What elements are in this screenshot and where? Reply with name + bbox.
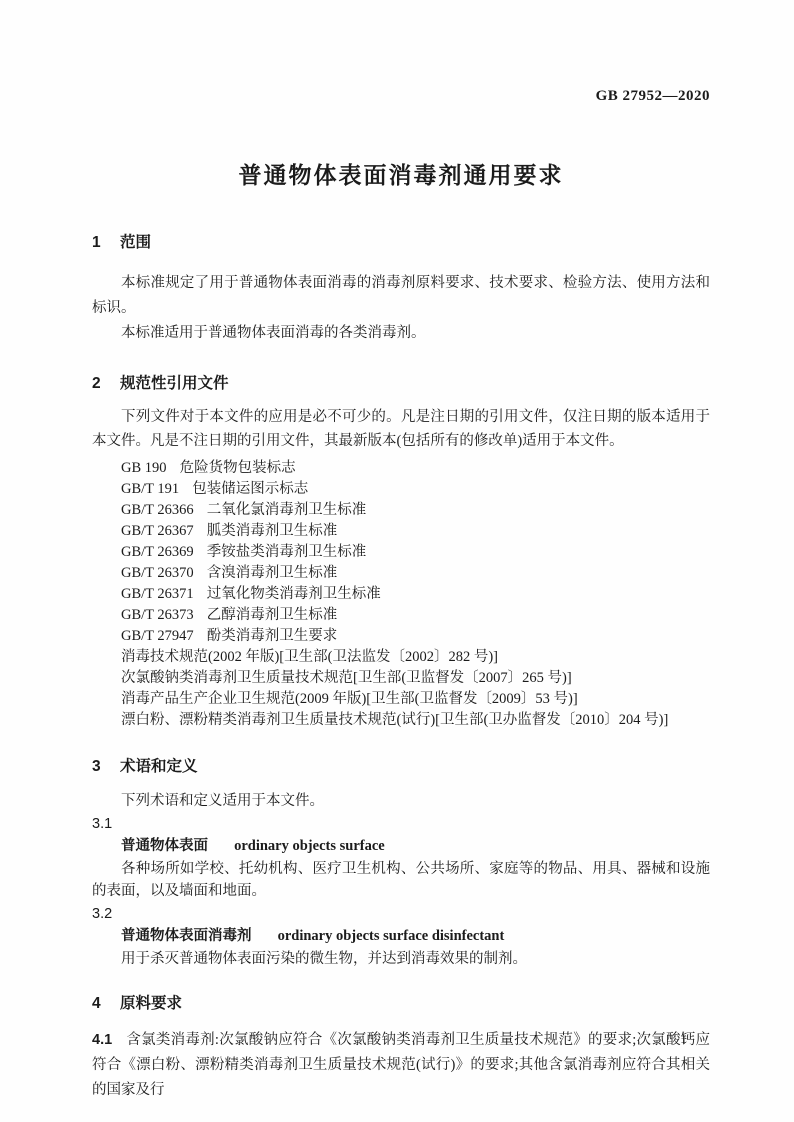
- reference-code: GB/T 26367: [121, 523, 194, 539]
- reference-item: GB/T 26371过氧化物类消毒剂卫生标准: [121, 584, 710, 605]
- term-en: ordinary objects surface disinfectant: [278, 928, 505, 944]
- reference-code: GB/T 26371: [121, 586, 194, 602]
- reference-list: GB 190危险货物包装标志 GB/T 191包装储运图示标志 GB/T 263…: [92, 458, 710, 731]
- section-2-number: 2: [92, 374, 120, 393]
- reference-name: 季铵盐类消毒剂卫生标准: [207, 544, 367, 560]
- reference-item: GB/T 26369季铵盐类消毒剂卫生标准: [121, 542, 710, 563]
- reference-item: GB/T 26373乙醇消毒剂卫生标准: [121, 605, 710, 626]
- reference-name: 含溴消毒剂卫生标准: [207, 565, 338, 581]
- reference-item: GB/T 191包装储运图示标志: [121, 479, 710, 500]
- page-title: 普通物体表面消毒剂通用要求: [92, 157, 710, 190]
- terms-block: 下列术语和定义适用于本文件。 3.1 普通物体表面ordinary object…: [92, 790, 710, 970]
- reference-name: 过氧化物类消毒剂卫生标准: [207, 586, 381, 602]
- reference-item: GB/T 26366二氧化氯消毒剂卫生标准: [121, 500, 710, 521]
- document-page: GB 27952—2020 普通物体表面消毒剂通用要求 1范围 本标准规定了用于…: [0, 0, 794, 1122]
- regulation-item: 消毒产品生产企业卫生规范(2009 年版)[卫生部(卫监督发〔2009〕53 号…: [121, 689, 710, 710]
- section-3-heading: 3术语和定义: [92, 757, 710, 776]
- reference-item: GB/T 26367胍类消毒剂卫生标准: [121, 521, 710, 542]
- standard-code: GB 27952—2020: [92, 88, 710, 105]
- term-number: 3.1: [92, 813, 710, 836]
- term-title: 普通物体表面ordinary objects surface: [92, 835, 710, 858]
- clause-4-1-text: 含氯类消毒剂:次氯酸钠应符合《次氯酸钠类消毒剂卫生质量技术规范》的要求;次氯酸钙…: [92, 1032, 710, 1098]
- regulation-item: 消毒技术规范(2002 年版)[卫生部(卫法监发〔2002〕282 号)]: [121, 647, 710, 668]
- section-4-title: 原料要求: [120, 995, 182, 1012]
- clause-4-1-number: 4.1: [92, 1032, 126, 1048]
- regulation-item: 漂白粉、漂粉精类消毒剂卫生质量技术规范(试行)[卫生部(卫办监督发〔2010〕2…: [121, 710, 710, 731]
- scope-paragraph-1: 本标准规定了用于普通物体表面消毒的消毒剂原料要求、技术要求、检验方法、使用方法和…: [92, 271, 710, 321]
- reference-item: GB/T 26370含溴消毒剂卫生标准: [121, 563, 710, 584]
- term-entry: 3.1 普通物体表面ordinary objects surface 各种场所如…: [92, 813, 710, 903]
- normative-intro: 下列文件对于本文件的应用是必不可少的。凡是注日期的引用文件，仅注日期的版本适用于…: [92, 405, 710, 453]
- reference-item: GB 190危险货物包装标志: [121, 458, 710, 479]
- term-entry: 3.2 普通物体表面消毒剂ordinary objects surface di…: [92, 903, 710, 971]
- section-2-title: 规范性引用文件: [120, 375, 229, 392]
- reference-code: GB/T 27947: [121, 628, 194, 644]
- page-content: GB 27952—2020 普通物体表面消毒剂通用要求 1范围 本标准规定了用于…: [92, 0, 710, 1118]
- reference-name: 危险货物包装标志: [180, 460, 296, 476]
- reference-code: GB/T 26366: [121, 502, 194, 518]
- reference-code: GB 190: [121, 460, 167, 476]
- page-number: 1: [680, 1032, 687, 1048]
- term-zh: 普通物体表面消毒剂: [121, 928, 252, 944]
- clause-4-1: 4.1含氯类消毒剂:次氯酸钠应符合《次氯酸钠类消毒剂卫生质量技术规范》的要求;次…: [92, 1028, 710, 1103]
- reference-code: GB/T 26373: [121, 607, 194, 623]
- term-en: ordinary objects surface: [234, 838, 385, 854]
- term-zh: 普通物体表面: [121, 838, 208, 854]
- section-3-title: 术语和定义: [120, 758, 198, 775]
- reference-name: 酚类消毒剂卫生要求: [207, 628, 338, 644]
- section-1-number: 1: [92, 233, 120, 252]
- regulation-item: 次氯酸钠类消毒剂卫生质量技术规范[卫生部(卫监督发〔2007〕265 号)]: [121, 668, 710, 689]
- term-definition: 各种场所如学校、托幼机构、医疗卫生机构、公共场所、家庭等的物品、用具、器械和设施…: [92, 858, 710, 903]
- section-4-heading: 4原料要求: [92, 994, 710, 1013]
- term-number: 3.2: [92, 903, 710, 926]
- reference-item: GB/T 27947酚类消毒剂卫生要求: [121, 626, 710, 647]
- reference-name: 包装储运图示标志: [192, 481, 308, 497]
- reference-code: GB/T 191: [121, 481, 179, 497]
- reference-code: GB/T 26369: [121, 544, 194, 560]
- terms-intro: 下列术语和定义适用于本文件。: [92, 790, 710, 813]
- reference-code: GB/T 26370: [121, 565, 194, 581]
- section-2-heading: 2规范性引用文件: [92, 374, 710, 393]
- section-4-number: 4: [92, 994, 120, 1013]
- scope-paragraph-2: 本标准适用于普通物体表面消毒的各类消毒剂。: [92, 321, 710, 346]
- section-1-heading: 1范围: [92, 233, 710, 252]
- section-1-title: 范围: [120, 234, 151, 251]
- reference-name: 胍类消毒剂卫生标准: [207, 523, 338, 539]
- reference-name: 乙醇消毒剂卫生标准: [207, 607, 338, 623]
- section-3-number: 3: [92, 757, 120, 776]
- term-title: 普通物体表面消毒剂ordinary objects surface disinf…: [92, 925, 710, 948]
- term-definition: 用于杀灭普通物体表面污染的微生物，并达到消毒效果的制剂。: [92, 948, 710, 971]
- reference-name: 二氧化氯消毒剂卫生标准: [207, 502, 367, 518]
